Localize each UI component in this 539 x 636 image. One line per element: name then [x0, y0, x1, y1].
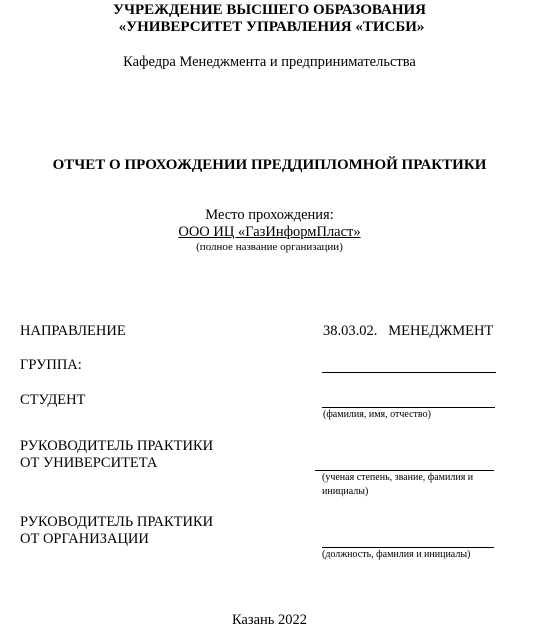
student-label: СТУДЕНТ [20, 392, 85, 409]
direction-value: 38.03.02. МЕНЕДЖМЕНТ [323, 323, 493, 340]
university-supervisor-caption: (ученая степень, звание, фамилия и иници… [322, 471, 494, 499]
organization-supervisor-caption: (должность, фамилия и инициалы) [322, 548, 470, 561]
organization-name: ООО ИЦ «ГазИнформПласт» [0, 224, 539, 241]
organization-supervisor-label-line1: РУКОВОДИТЕЛЬ ПРАКТИКИ [20, 514, 213, 531]
city-year: Казань 2022 [0, 612, 539, 629]
organization-supervisor-label-line2: ОТ ОРГАНИЗАЦИИ [20, 531, 149, 548]
university-supervisor-label-line1: РУКОВОДИТЕЛЬ ПРАКТИКИ [20, 438, 213, 455]
university-supervisor-label-line2: ОТ УНИВЕРСИТЕТА [20, 455, 157, 472]
student-caption: (фамилия, имя, отчество) [323, 408, 431, 421]
institution-name-line2: «УНИВЕРСИТЕТ УПРАВЛЕНИЯ «ТИСБИ» [2, 19, 539, 36]
direction-label: НАПРАВЛЕНИЕ [20, 323, 126, 340]
report-title: ОТЧЕТ О ПРОХОЖДЕНИИ ПРЕДДИПЛОМНОЙ ПРАКТИ… [0, 157, 539, 174]
group-field-line [322, 372, 496, 373]
group-label: ГРУППА: [20, 357, 82, 374]
organization-caption: (полное название организации) [0, 241, 539, 254]
organization-name-text: ООО ИЦ «ГазИнформПласт» [178, 224, 360, 240]
department-name: Кафедра Менеджмента и предпринимательств… [0, 54, 539, 71]
institution-name-line1: УЧРЕЖДЕНИЕ ВЫСШЕГО ОБРАЗОВАНИЯ [0, 2, 539, 19]
place-label: Место прохождения: [0, 207, 539, 224]
